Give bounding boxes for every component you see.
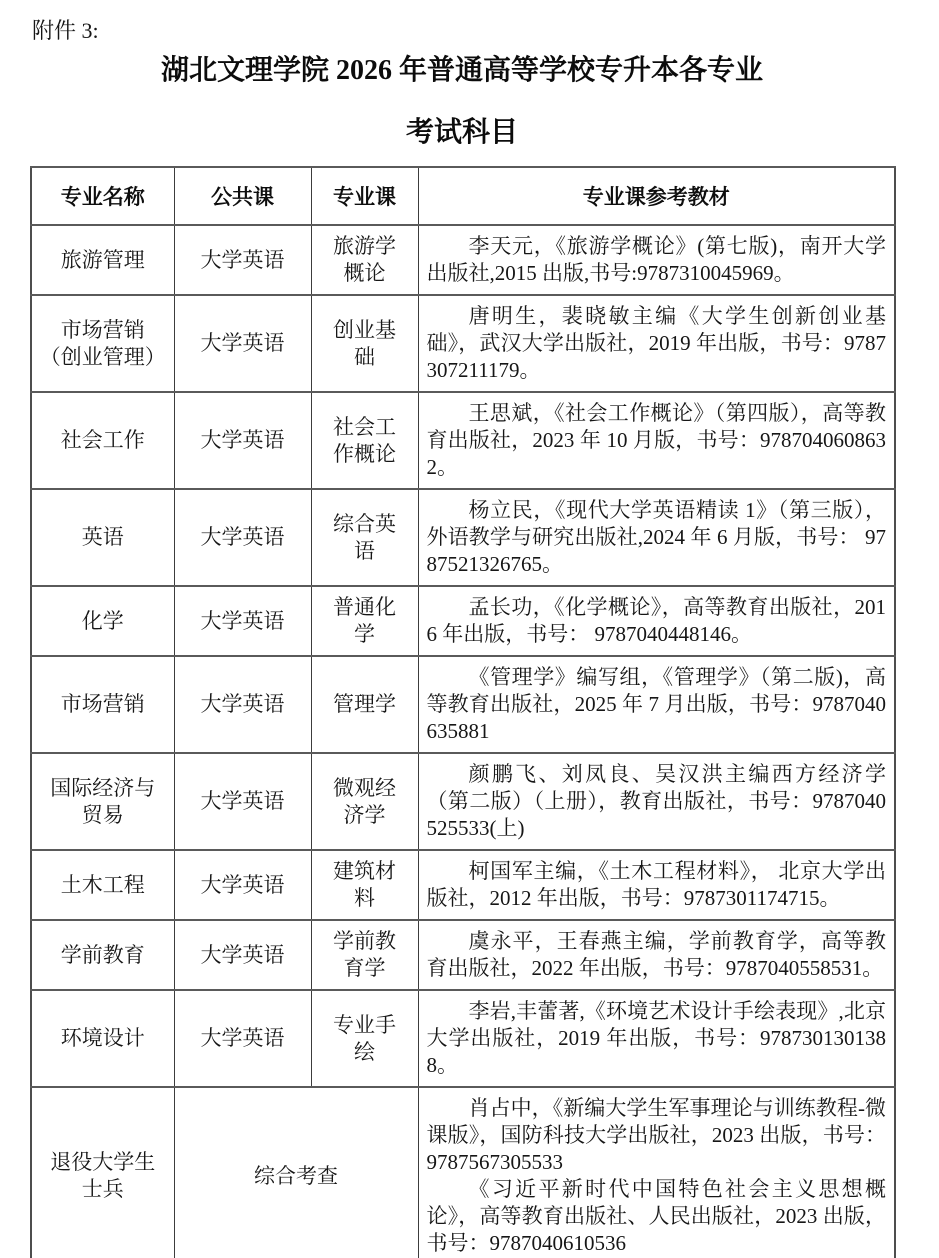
reference-paragraph: 唐明生，裴晓敏主编《大学生创新创业基础》，武汉大学出版社，2019 年出版，书号… — [427, 303, 887, 384]
public-course-cell: 大学英语 — [174, 850, 311, 920]
major-course-cell: 专业手 绘 — [311, 990, 418, 1087]
table-row: 市场营销 （创业管理） 大学英语 创业基 础 唐明生，裴晓敏主编《大学生创新创业… — [31, 295, 895, 392]
major-course-cell: 综合英 语 — [311, 489, 418, 586]
table-row: 土木工程 大学英语 建筑材 料 柯国军主编，《土木工程材料》， 北京大学出版社，… — [31, 850, 895, 920]
major-course-cell: 管理学 — [311, 656, 418, 753]
merged-course-cell: 综合考查 — [174, 1087, 418, 1258]
major-name-cell: 环境设计 — [31, 990, 174, 1087]
major-name-cell: 退役大学生 士兵 — [31, 1087, 174, 1258]
reference-cell: 孟长功，《化学概论》，高等教育出版社，2016 年出版，书号： 97870404… — [418, 586, 895, 656]
major-name-cell: 市场营销 — [31, 656, 174, 753]
table-row: 英语 大学英语 综合英 语 杨立民，《现代大学英语精读 1》（第三版），外语教学… — [31, 489, 895, 586]
reference-paragraph: 孟长功，《化学概论》，高等教育出版社，2016 年出版，书号： 97870404… — [427, 594, 887, 648]
header-major-course: 专业课 — [311, 167, 418, 225]
reference-paragraph: 李天元，《旅游学概论》(第七版)，南开大学出版社,2015 出版,书号:9787… — [427, 233, 887, 287]
table-row: 退役大学生 士兵 综合考查 肖占中，《新编大学生军事理论与训练教程-微课版》，国… — [31, 1087, 895, 1258]
major-name-cell: 市场营销 （创业管理） — [31, 295, 174, 392]
reference-paragraph: 王思斌，《社会工作概论》（第四版），高等教育出版社，2023 年 10 月版，书… — [427, 400, 887, 481]
table-row: 化学 大学英语 普通化 学 孟长功，《化学概论》，高等教育出版社，2016 年出… — [31, 586, 895, 656]
major-name-cell: 英语 — [31, 489, 174, 586]
attachment-label: 附件 3: — [32, 14, 939, 45]
major-course-cell: 微观经 济学 — [311, 753, 418, 850]
document-page: 附件 3: 湖北文理学院 2026 年普通高等学校专升本各专业 考试科目 专业名… — [0, 0, 939, 1258]
reference-cell: 柯国军主编，《土木工程材料》， 北京大学出版社，2012 年出版，书号：9787… — [418, 850, 895, 920]
reference-paragraph: 颜鹏飞、刘凤良、吴汉洪主编西方经济学（第二版）（上册），教育出版社，书号：978… — [427, 761, 887, 842]
document-title-line1: 湖北文理学院 2026 年普通高等学校专升本各专业 — [30, 53, 894, 88]
reference-paragraph: 李岩,丰蕾著,《环境艺术设计手绘表现》,北京大学出版社，2019 年出版，书号：… — [427, 998, 887, 1079]
major-name-cell: 旅游管理 — [31, 225, 174, 295]
reference-paragraph: 杨立民，《现代大学英语精读 1》（第三版），外语教学与研究出版社,2024 年 … — [427, 497, 887, 578]
table-row: 市场营销 大学英语 管理学 《管理学》编写组，《管理学》（第二版)，高等教育出版… — [31, 656, 895, 753]
public-course-cell: 大学英语 — [174, 392, 311, 489]
reference-paragraph: 肖占中，《新编大学生军事理论与训练教程-微课版》，国防科技大学出版社，2023 … — [427, 1095, 887, 1176]
major-course-cell: 创业基 础 — [311, 295, 418, 392]
major-name-cell: 学前教育 — [31, 920, 174, 990]
table-row: 学前教育 大学英语 学前教 育学 虞永平，王春燕主编，学前教育学，高等教育出版社… — [31, 920, 895, 990]
reference-cell: 唐明生，裴晓敏主编《大学生创新创业基础》，武汉大学出版社，2019 年出版，书号… — [418, 295, 895, 392]
public-course-cell: 大学英语 — [174, 225, 311, 295]
reference-paragraph: 柯国军主编，《土木工程材料》， 北京大学出版社，2012 年出版，书号：9787… — [427, 858, 887, 912]
reference-cell: 王思斌，《社会工作概论》（第四版），高等教育出版社，2023 年 10 月版，书… — [418, 392, 895, 489]
major-course-cell: 普通化 学 — [311, 586, 418, 656]
major-course-cell: 旅游学 概论 — [311, 225, 418, 295]
attachment-label-text: 附件 3: — [32, 18, 99, 43]
document-title-line2: 考试科目 — [30, 110, 894, 150]
reference-paragraph: 虞永平，王春燕主编，学前教育学，高等教育出版社，2022 年出版，书号：9787… — [427, 928, 887, 982]
exam-subjects-table: 专业名称 公共课 专业课 专业课参考教材 旅游管理 大学英语 旅游学 概论 李天… — [30, 166, 896, 1258]
major-name-cell: 土木工程 — [31, 850, 174, 920]
major-name-cell: 化学 — [31, 586, 174, 656]
header-major-name: 专业名称 — [31, 167, 174, 225]
public-course-cell: 大学英语 — [174, 489, 311, 586]
public-course-cell: 大学英语 — [174, 920, 311, 990]
reference-paragraph: 《习近平新时代中国特色社会主义思想概论》，高等教育出版社、人民出版社，2023 … — [427, 1176, 887, 1257]
reference-cell: 肖占中，《新编大学生军事理论与训练教程-微课版》，国防科技大学出版社，2023 … — [418, 1087, 895, 1258]
header-public-course: 公共课 — [174, 167, 311, 225]
public-course-cell: 大学英语 — [174, 586, 311, 656]
header-reference-books: 专业课参考教材 — [418, 167, 895, 225]
major-course-cell: 学前教 育学 — [311, 920, 418, 990]
major-course-cell: 社会工 作概论 — [311, 392, 418, 489]
public-course-cell: 大学英语 — [174, 990, 311, 1087]
major-name-cell: 社会工作 — [31, 392, 174, 489]
major-name-cell: 国际经济与 贸易 — [31, 753, 174, 850]
major-course-cell: 建筑材 料 — [311, 850, 418, 920]
table-row: 旅游管理 大学英语 旅游学 概论 李天元，《旅游学概论》(第七版)，南开大学出版… — [31, 225, 895, 295]
reference-cell: 虞永平，王春燕主编，学前教育学，高等教育出版社，2022 年出版，书号：9787… — [418, 920, 895, 990]
reference-cell: 杨立民，《现代大学英语精读 1》（第三版），外语教学与研究出版社,2024 年 … — [418, 489, 895, 586]
public-course-cell: 大学英语 — [174, 295, 311, 392]
table-row: 社会工作 大学英语 社会工 作概论 王思斌，《社会工作概论》（第四版），高等教育… — [31, 392, 895, 489]
table-row: 环境设计 大学英语 专业手 绘 李岩,丰蕾著,《环境艺术设计手绘表现》,北京大学… — [31, 990, 895, 1087]
table-header-row: 专业名称 公共课 专业课 专业课参考教材 — [31, 167, 895, 225]
reference-cell: 李岩,丰蕾著,《环境艺术设计手绘表现》,北京大学出版社，2019 年出版，书号：… — [418, 990, 895, 1087]
table-row: 国际经济与 贸易 大学英语 微观经 济学 颜鹏飞、刘凤良、吴汉洪主编西方经济学（… — [31, 753, 895, 850]
public-course-cell: 大学英语 — [174, 753, 311, 850]
reference-cell: 李天元，《旅游学概论》(第七版)，南开大学出版社,2015 出版,书号:9787… — [418, 225, 895, 295]
reference-paragraph: 《管理学》编写组，《管理学》（第二版)，高等教育出版社，2025 年 7 月出版… — [427, 664, 887, 745]
reference-cell: 颜鹏飞、刘凤良、吴汉洪主编西方经济学（第二版）（上册），教育出版社，书号：978… — [418, 753, 895, 850]
reference-cell: 《管理学》编写组，《管理学》（第二版)，高等教育出版社，2025 年 7 月出版… — [418, 656, 895, 753]
public-course-cell: 大学英语 — [174, 656, 311, 753]
